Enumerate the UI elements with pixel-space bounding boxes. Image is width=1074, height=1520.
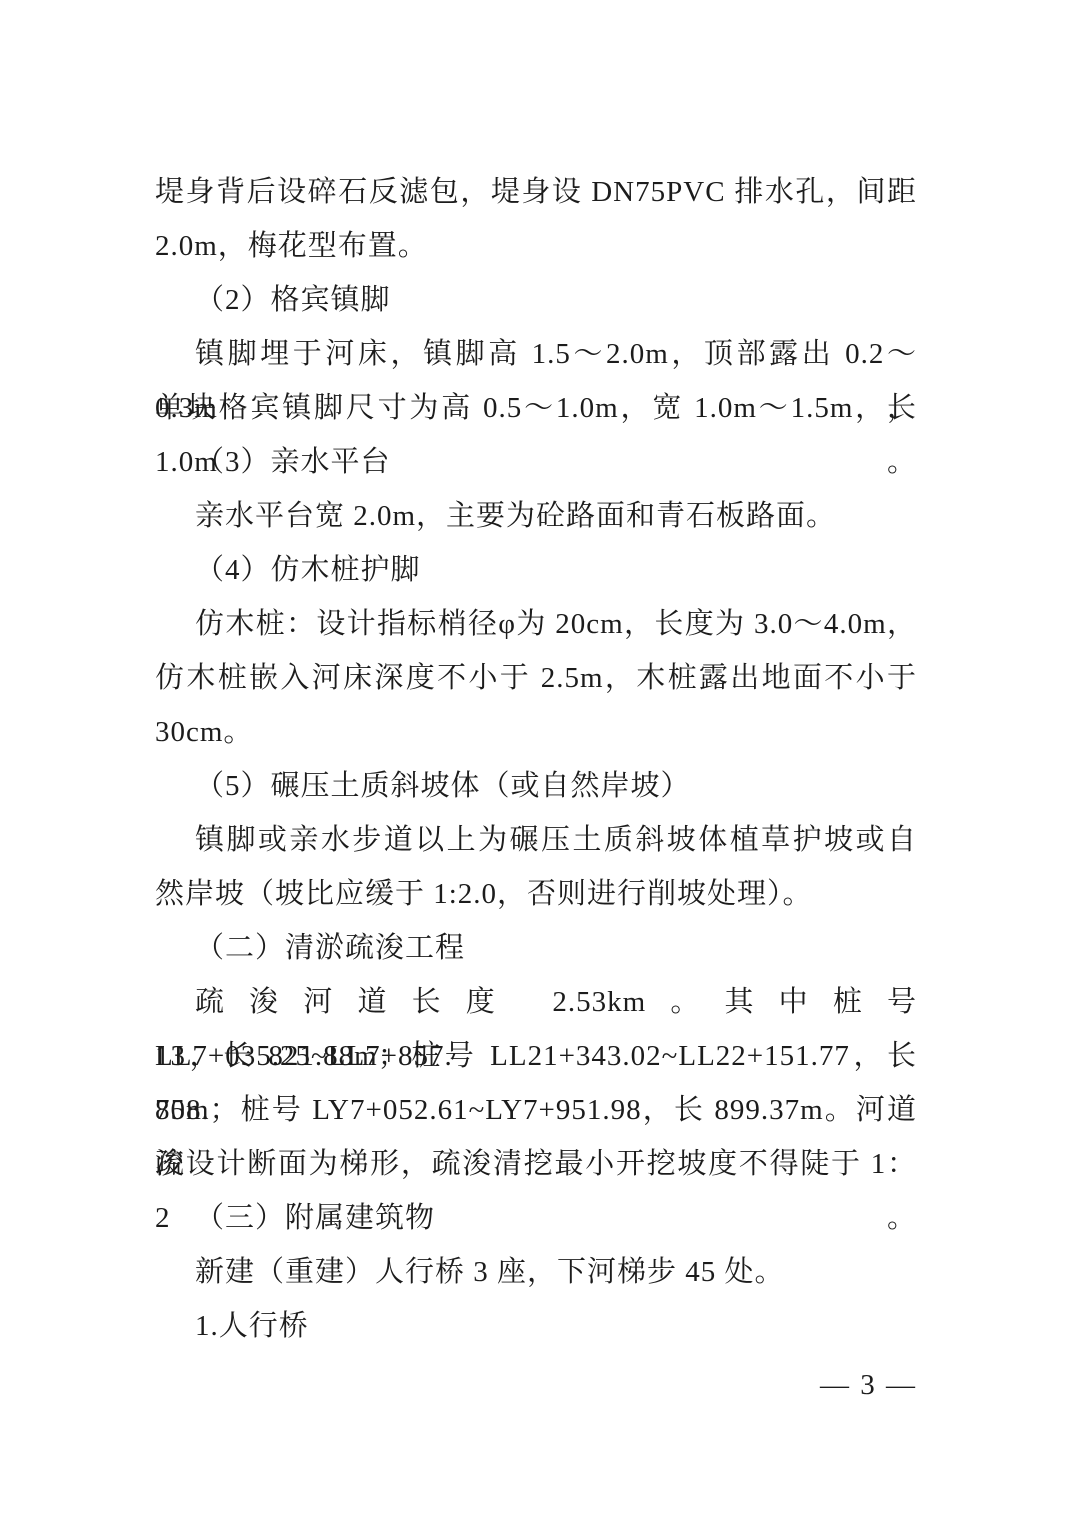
text-line: 仿木桩：设计指标梢径φ为 20cm，长度为 3.0～4.0m， <box>155 597 917 651</box>
text-line: 2.0m，梅花型布置。 <box>155 219 917 273</box>
text-line: 新建（重建）人行桥 3 座，下河梯步 45 处。 <box>155 1245 917 1299</box>
text-line: 13，长 821.88m；桩号 LL21+343.02~LL22+151.77，… <box>155 1029 917 1083</box>
text-line: 亲水平台宽 2.0m，主要为砼路面和青石板路面。 <box>155 489 917 543</box>
text-line: 然岸坡（坡比应缓于 1:2.0，否则进行削坡处理）。 <box>155 867 917 921</box>
text-line: （5）碾压土质斜坡体（或自然岸坡） <box>155 759 917 813</box>
text-line: 镇脚埋于河床，镇脚高 1.5～2.0m，顶部露出 0.2～0.3m， <box>155 327 917 381</box>
text-line: （2）格宾镇脚 <box>155 273 917 327</box>
text-line: 单块格宾镇脚尺寸为高 0.5～1.0m，宽 1.0m～1.5m，长 1.0m。 <box>155 381 917 435</box>
text-line: 浚设计断面为梯形，疏浚清挖最小开挖坡度不得陡于 1：2。 <box>155 1137 917 1191</box>
text-line: 仿木桩嵌入河床深度不小于 2.5m，木桩露出地面不小于 <box>155 651 917 705</box>
text-line: 30cm。 <box>155 705 917 759</box>
text-line: 疏浚河道长度 2.53km。其中桩号 LL7+035.25~LL7+857. <box>155 975 917 1029</box>
text-line: 镇脚或亲水步道以上为碾压土质斜坡体植草护坡或自 <box>155 813 917 867</box>
text-line: （4）仿木桩护脚 <box>155 543 917 597</box>
text-line: 1.人行桥 <box>155 1299 917 1353</box>
text-line: 堤身背后设碎石反滤包，堤身设 DN75PVC 排水孔，间距 <box>155 165 917 219</box>
document-body: 堤身背后设碎石反滤包，堤身设 DN75PVC 排水孔，间距2.0m，梅花型布置。… <box>155 165 917 1353</box>
document-page: 堤身背后设碎石反滤包，堤身设 DN75PVC 排水孔，间距2.0m，梅花型布置。… <box>0 0 1074 1520</box>
text-line: （二）清淤疏浚工程 <box>155 921 917 975</box>
page-number: — 3 — <box>820 1358 917 1412</box>
text-line: 75m；桩号 LY7+052.61~LY7+951.98，长 899.37m。河… <box>155 1083 917 1137</box>
